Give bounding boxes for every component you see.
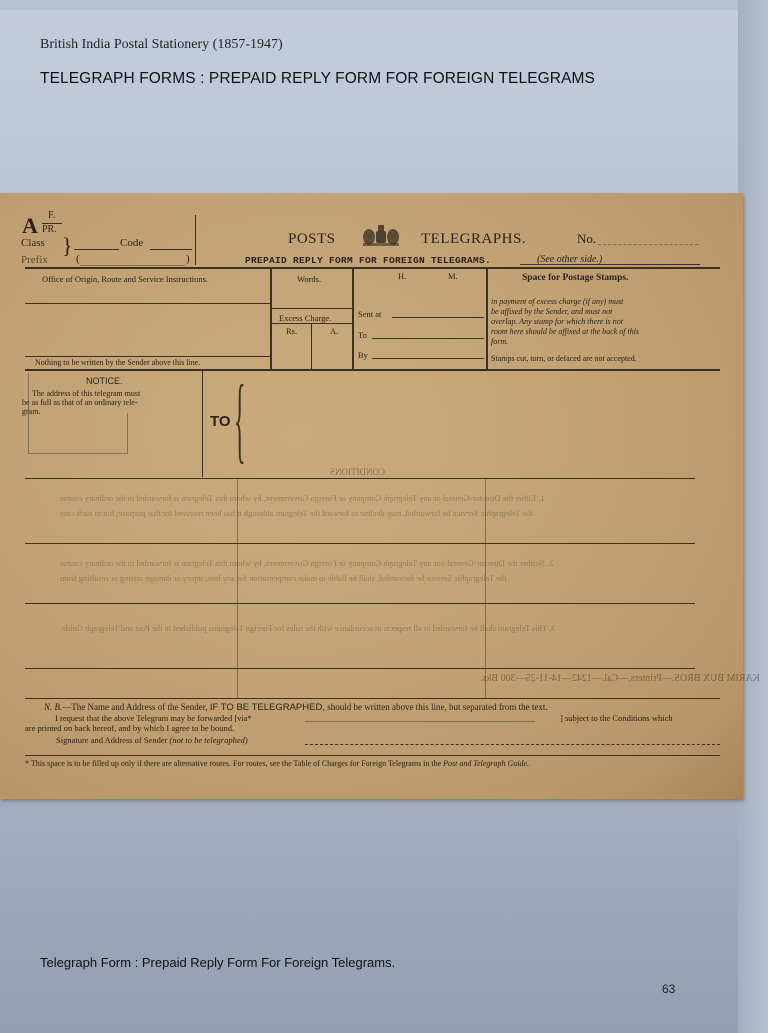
address-line-2[interactable] [25, 543, 695, 544]
code-label: Code [120, 237, 143, 249]
class-divider [195, 215, 196, 265]
sent-at-label: Sent at [358, 309, 381, 319]
class-fraction-bottom: PR. [42, 224, 57, 235]
hours-label: H. [398, 271, 406, 281]
prefix-paren-open: ( [76, 253, 80, 265]
figure-caption: Telegraph Form : Prepaid Reply Form For … [40, 955, 395, 970]
number-field-line[interactable] [598, 244, 698, 245]
sender-rule [25, 369, 720, 371]
by-label: By [358, 350, 368, 360]
grid-divider-2 [352, 269, 354, 369]
to-label: To [358, 330, 367, 340]
words-line [270, 308, 352, 309]
to-field[interactable] [372, 338, 484, 339]
header-rule [25, 267, 720, 269]
by-field[interactable] [372, 358, 484, 359]
to-heading: TO [210, 413, 231, 430]
stamps-text-3: overlap. Any stamp for which there is no… [491, 317, 623, 326]
telegraphs-heading: TELEGRAPHS. [421, 231, 526, 248]
footnote: * This space is to be filled up only if … [25, 759, 529, 768]
stamps-text-2: be affixed by the Sender, and must not [491, 307, 612, 316]
nb-prefix: N. B. [44, 702, 62, 712]
annas-label: A. [330, 326, 338, 336]
grid-divider-1 [270, 269, 272, 369]
minutes-label: M. [448, 271, 458, 281]
code-field-line [150, 249, 192, 250]
signature-bottom-rule [25, 755, 720, 756]
stamps-text-4: room here should be affixed at the back … [491, 327, 639, 336]
notice-box-bottom [28, 453, 128, 454]
origin-bottom-line [25, 356, 270, 357]
stamps-text-5: form. [491, 337, 508, 346]
grid-divider-3 [486, 269, 488, 369]
nb-text-2: should be written above this line, but s… [325, 702, 548, 712]
class-field-line [74, 249, 119, 250]
rs-a-divider [311, 323, 312, 369]
notice-box-right [127, 413, 128, 453]
request-bracket: ] subject to the Conditions which [560, 713, 673, 723]
request-line: I request that the above Telegram may be… [55, 713, 252, 723]
header-subtitle: British India Postal Stationery (1857-19… [40, 37, 283, 53]
words-label: Words. [297, 274, 321, 284]
address-line-4[interactable] [25, 668, 695, 669]
address-line-3[interactable] [25, 603, 695, 604]
nothing-written-notice: Nothing to be written by the Sender abov… [35, 358, 200, 367]
notice-line-2: be as full as that of an ordinary tele- [22, 398, 138, 407]
nb-caps: IF TO BE TELEGRAPHED, [210, 702, 325, 713]
stamps-text-1: in payment of excess charge (if any) mus… [491, 297, 623, 306]
rupees-label: Rs. [286, 326, 297, 336]
notice-box-left [28, 373, 29, 453]
stamps-heading: Space for Postage Stamps. [522, 273, 628, 283]
prefix-paren-close: ) [186, 253, 190, 265]
header-rule-short [520, 264, 700, 265]
signature-field[interactable] [305, 744, 720, 745]
notice-line-1: The address of this telegram must [32, 389, 140, 398]
conditions-show-through: CONDITIONS [330, 467, 385, 477]
address-line-1[interactable] [25, 478, 695, 479]
printer-show-through: KARIM BUX BROS.—Printers,—Cal.—1242—14-1… [480, 673, 760, 684]
posts-heading: POSTS [288, 231, 336, 248]
office-origin-label: Office of Origin, Route and Service Inst… [42, 274, 208, 284]
page-number: 63 [662, 982, 675, 996]
notice-title: NOTICE. [86, 376, 123, 386]
prefix-label: Prefix [21, 254, 48, 266]
origin-line [25, 303, 270, 304]
stamps-warning: Stamps cut, torn, or defaced are not acc… [491, 354, 637, 363]
class-fraction-top: F. [48, 210, 55, 221]
class-label: Class [21, 237, 45, 249]
coat-of-arms-icon [360, 223, 402, 247]
page-title: TELEGRAPH FORMS : PREPAID REPLY FORM FOR… [40, 70, 595, 88]
nb-note: N. B.—The Name and Address of the Sender… [44, 702, 548, 713]
class-mark: A [22, 213, 38, 239]
form-title: PREPAID REPLY FORM FOR FOREIGN TELEGRAMS… [245, 255, 491, 266]
to-divider [202, 369, 203, 477]
sent-at-field[interactable] [392, 317, 484, 318]
excess-charge-label: Excess Charge. [279, 313, 331, 323]
telegraph-form: A F. PR. Class Prefix } Code ( ) POSTS T… [0, 193, 743, 799]
request-line-2: are printed on back hereof, and by which… [25, 723, 234, 733]
brace-icon: } [62, 233, 73, 259]
number-label: No. [577, 231, 596, 247]
nb-text-1: —The Name and Address of the Sender, [62, 702, 210, 712]
notice-line-3: gram. [22, 407, 40, 416]
prefix-field-line [80, 265, 185, 266]
sender-address-line[interactable] [25, 698, 720, 699]
address-brace-icon: { [234, 371, 246, 467]
via-route-field[interactable] [305, 721, 535, 722]
signature-label: Signature and Address of Sender (not to … [56, 735, 248, 745]
